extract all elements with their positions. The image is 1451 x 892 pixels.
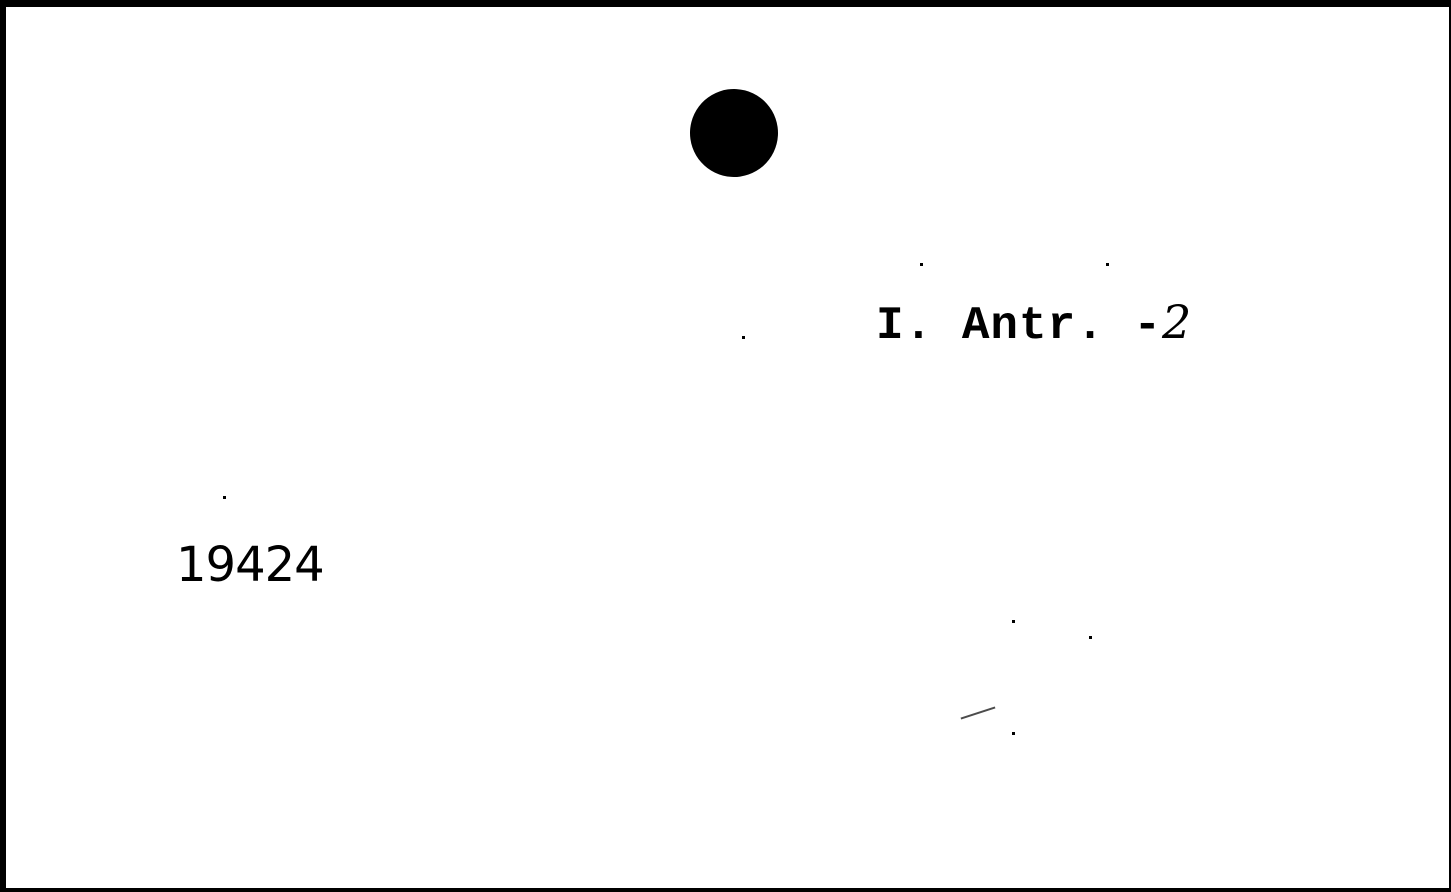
speck-mark <box>1106 263 1109 266</box>
card-heading: I. Antr. -2 <box>876 295 1192 352</box>
heading-typed-text: I. Antr. - <box>876 300 1162 352</box>
scan-border <box>0 888 1451 892</box>
speck-mark <box>223 496 226 499</box>
scratch-mark <box>961 706 996 719</box>
speck-mark <box>1012 732 1015 735</box>
heading-handwritten-suffix: 2 <box>1162 295 1192 349</box>
index-card: I. Antr. -2 19424 <box>4 6 1449 889</box>
speck-mark <box>742 336 745 339</box>
speck-mark <box>1089 636 1092 639</box>
punch-hole <box>684 83 783 182</box>
speck-mark <box>1012 620 1015 623</box>
catalog-number: 19424 <box>176 537 324 593</box>
speck-mark <box>920 263 923 266</box>
